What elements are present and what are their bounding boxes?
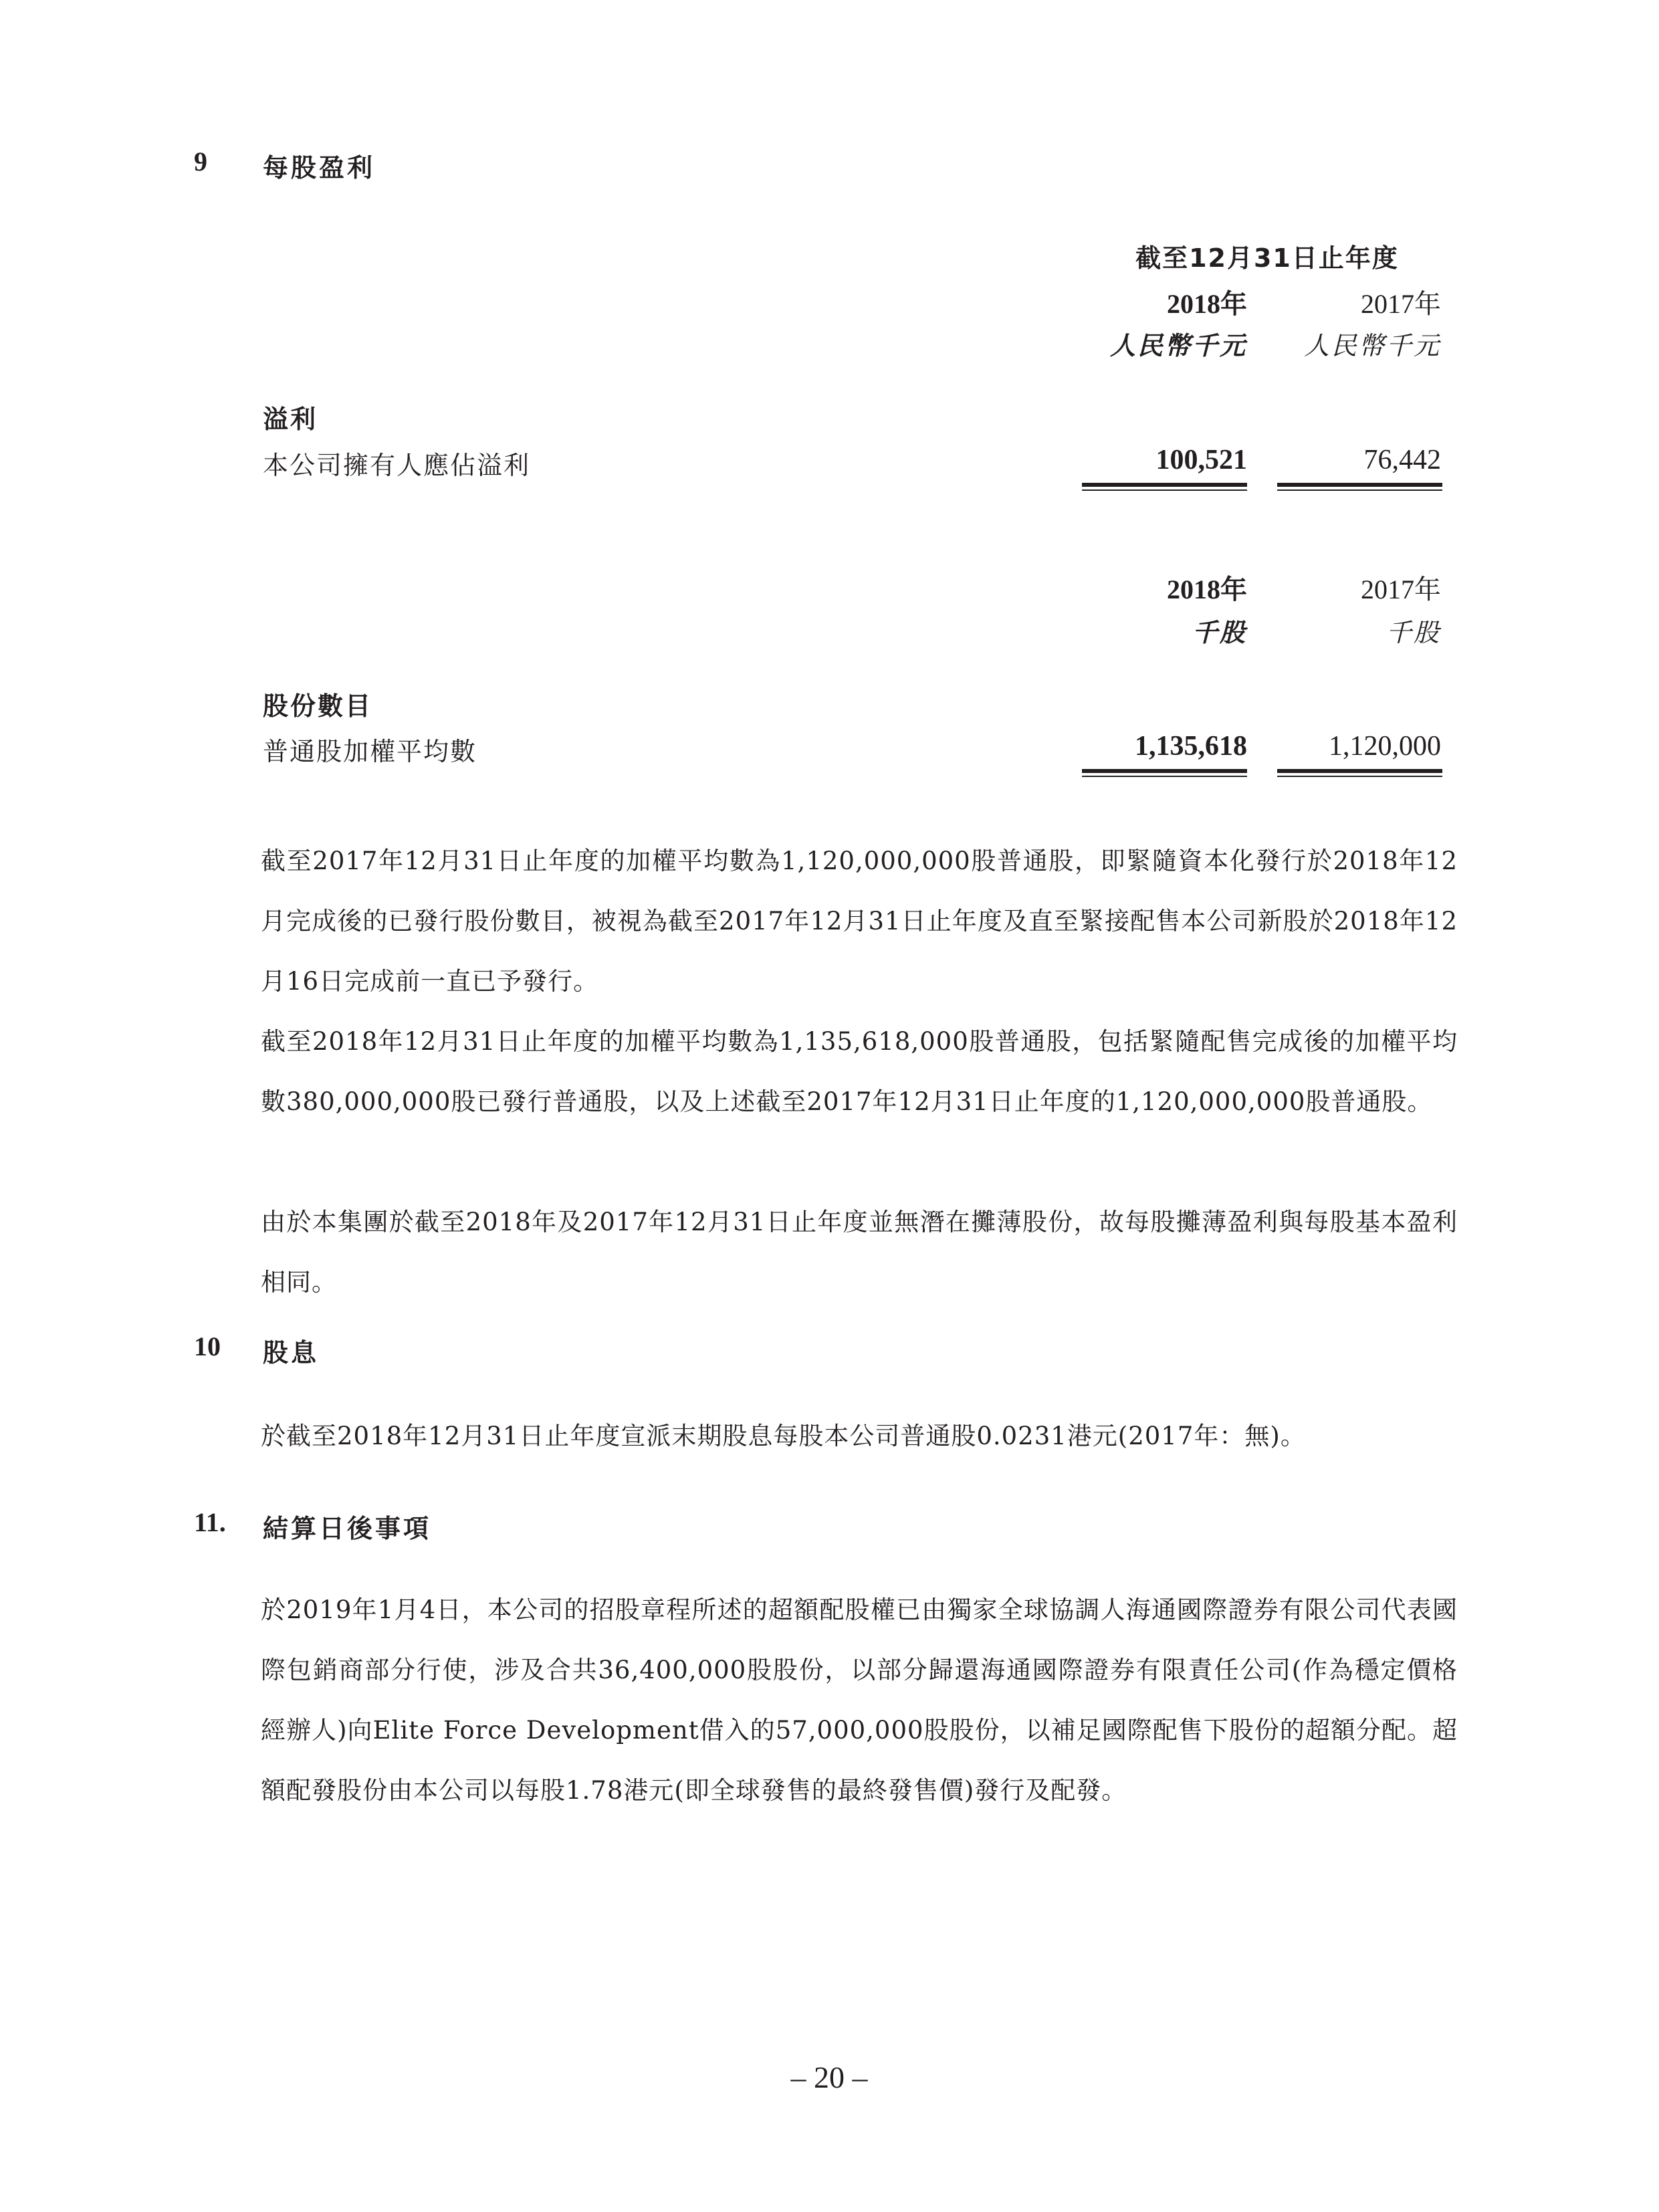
section-9-title: 每股盈利: [263, 147, 375, 184]
year-2018-header: 2018年: [1046, 283, 1247, 321]
unit-shares-2017: 千股: [1227, 612, 1441, 649]
section-11-number: 11.: [194, 1507, 226, 1538]
value-shares-2017: 1,120,000: [1240, 730, 1441, 762]
paragraph-subsequent-events: 於2019年1月4日，本公司的招股章程所述的超額配股權已由獨家全球協調人海通國際…: [261, 1580, 1458, 1821]
period-header: 截至12月31日止年度: [1097, 237, 1438, 274]
section-9-number: 9: [194, 146, 207, 177]
unit-2018: 人民幣千元: [1033, 325, 1247, 362]
page-number: – 20 –: [695, 2060, 963, 2095]
year-2017-header: 2017年: [1240, 283, 1441, 321]
value-shares-2018: 1,135,618: [1046, 730, 1247, 762]
value-profit-2018: 100,521: [1046, 444, 1247, 476]
unit-2017: 人民幣千元: [1227, 325, 1441, 362]
row-label-weighted-average: 普通股加權平均數: [263, 731, 477, 768]
double-underline: [1082, 483, 1247, 491]
section-10-number: 10: [194, 1331, 221, 1362]
double-underline: [1082, 769, 1247, 777]
paragraph-weighted-average-2017: 截至2017年12月31日止年度的加權平均數為1,120,000,000股普通股…: [261, 831, 1458, 1012]
paragraph-diluted-eps: 由於本集團於截至2018年及2017年12月31日止年度並無潛在攤薄股份，故每股…: [261, 1192, 1458, 1313]
unit-shares-2018: 千股: [1033, 612, 1247, 649]
paragraph-weighted-average-2018: 截至2018年12月31日止年度的加權平均數為1,135,618,000股普通股…: [261, 1012, 1458, 1132]
group-label-profit: 溢利: [263, 399, 318, 435]
paragraph-dividend: 於截至2018年12月31日止年度宣派末期股息每股本公司普通股0.0231港元(…: [261, 1406, 1458, 1466]
section-10-title: 股息: [263, 1332, 319, 1369]
group-label-shares: 股份數目: [263, 685, 372, 722]
double-underline: [1277, 769, 1442, 777]
double-underline: [1277, 483, 1442, 491]
year-2017-header-shares: 2017年: [1240, 568, 1441, 606]
year-2018-header-shares: 2018年: [1046, 568, 1247, 606]
row-label-profit-attributable: 本公司擁有人應佔溢利: [263, 445, 530, 481]
section-11-title: 結算日後事項: [263, 1508, 431, 1545]
value-profit-2017: 76,442: [1240, 444, 1441, 476]
